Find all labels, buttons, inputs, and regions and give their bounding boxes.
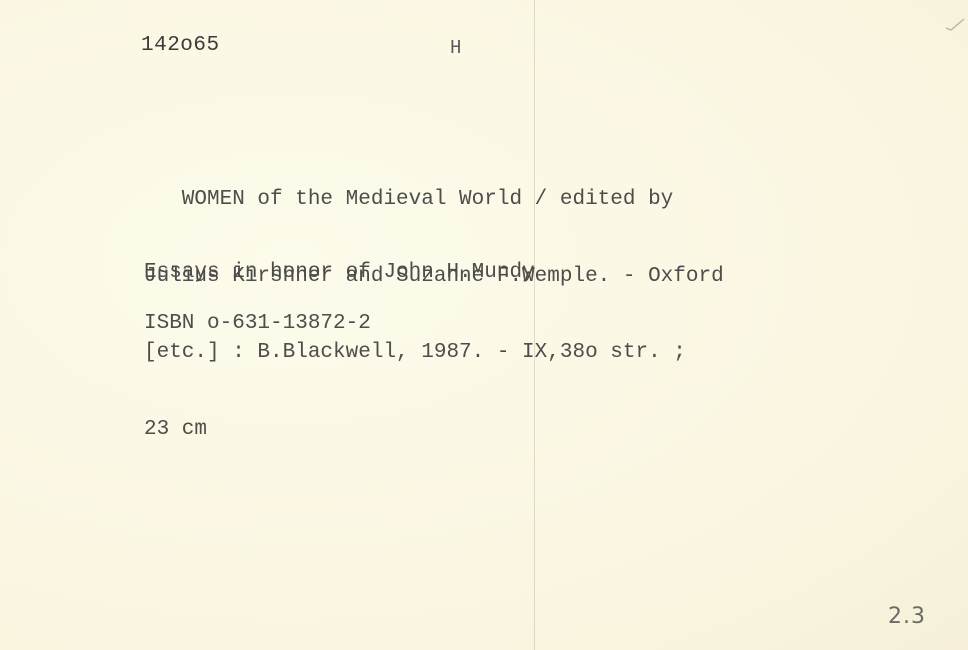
accession-number: 142o65: [141, 34, 220, 57]
catalog-card: 142o65 H WOMEN of the Medieval World / e…: [0, 0, 968, 650]
location-code: H: [450, 37, 461, 59]
isbn: ISBN o-631-13872-2: [144, 312, 371, 335]
entry-note: Essays in honor of John H.Mundy: [144, 261, 535, 284]
entry-line-title: WOMEN of the Medieval World / edited by: [144, 187, 724, 213]
checkmark-icon: [944, 18, 966, 32]
entry-line-publication: [etc.] : B.Blackwell, 1987. - IX,38o str…: [144, 340, 724, 366]
handwritten-mark: 2.3: [888, 604, 926, 629]
entry-line-dimensions: 23 cm: [144, 417, 724, 443]
